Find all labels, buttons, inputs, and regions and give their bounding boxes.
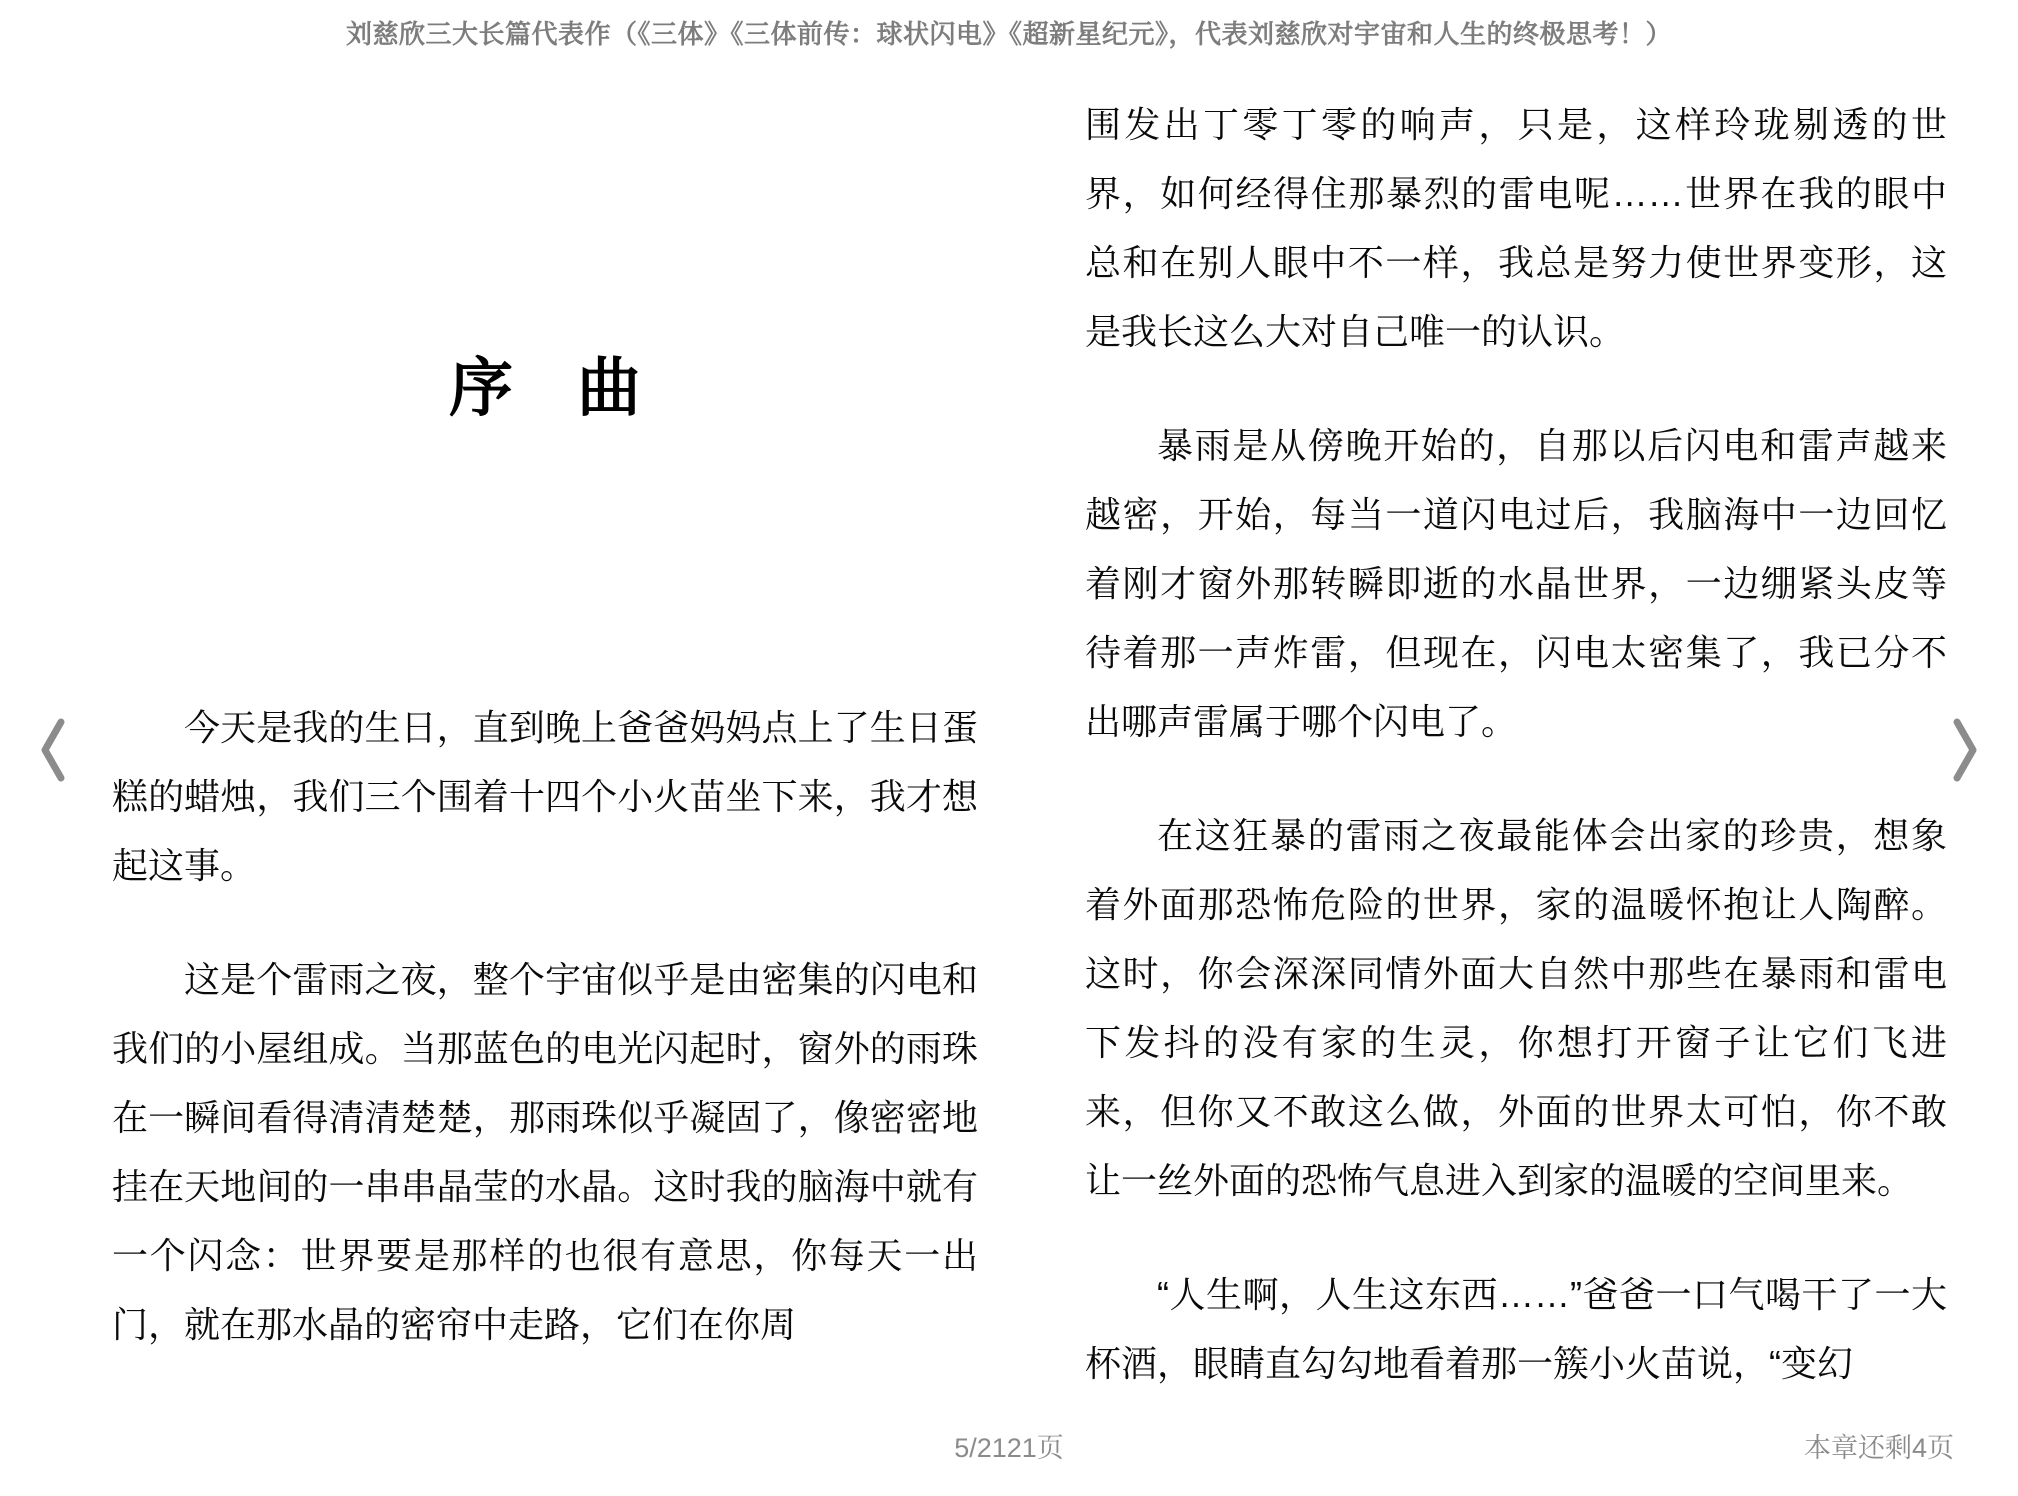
paragraph: “人生啊，人生这东西……”爸爸一口气喝干了一大杯酒，眼睛直勾勾地看着那一簇小火苗… bbox=[1085, 1260, 1947, 1398]
reader-screen: 刘慈欣三大长篇代表作（《三体》《三体前传：球状闪电》《超新星纪元》，代表刘慈欣对… bbox=[0, 0, 2018, 1496]
paragraph: 围发出丁零丁零的响声，只是，这样玲珑剔透的世界，如何经得住那暴烈的雷电呢……世界… bbox=[1085, 90, 1947, 366]
right-page: 围发出丁零丁零的响声，只是，这样玲珑剔透的世界，如何经得住那暴烈的雷电呢……世界… bbox=[1085, 0, 1947, 1398]
next-page-button[interactable] bbox=[1948, 716, 1982, 784]
previous-page-button[interactable] bbox=[36, 716, 70, 784]
chevron-left-icon bbox=[36, 716, 70, 784]
paragraph: 这是个雷雨之夜，整个宇宙似乎是由密集的闪电和我们的小屋组成。当那蓝色的电光闪起时… bbox=[112, 945, 978, 1359]
chapter-remaining-label: 本章还剩4页 bbox=[1804, 1426, 1954, 1465]
paragraph: 暴雨是从傍晚开始的，自那以后闪电和雷声越来越密，开始，每当一道闪电过后，我脑海中… bbox=[1085, 411, 1947, 756]
left-page: 序 曲 今天是我的生日，直到晚上爸爸妈妈点上了生日蛋糕的蜡烛，我们三个围着十四个… bbox=[112, 0, 978, 1359]
chapter-title: 序 曲 bbox=[112, 342, 978, 434]
paragraph: 今天是我的生日，直到晚上爸爸妈妈点上了生日蛋糕的蜡烛，我们三个围着十四个小火苗坐… bbox=[112, 693, 978, 900]
paragraph: 在这狂暴的雷雨之夜最能体会出家的珍贵，想象着外面那恐怖危险的世界，家的温暖怀抱让… bbox=[1085, 801, 1947, 1215]
chevron-right-icon bbox=[1948, 716, 1982, 784]
page-indicator: 5/2121页 bbox=[0, 1426, 2018, 1465]
